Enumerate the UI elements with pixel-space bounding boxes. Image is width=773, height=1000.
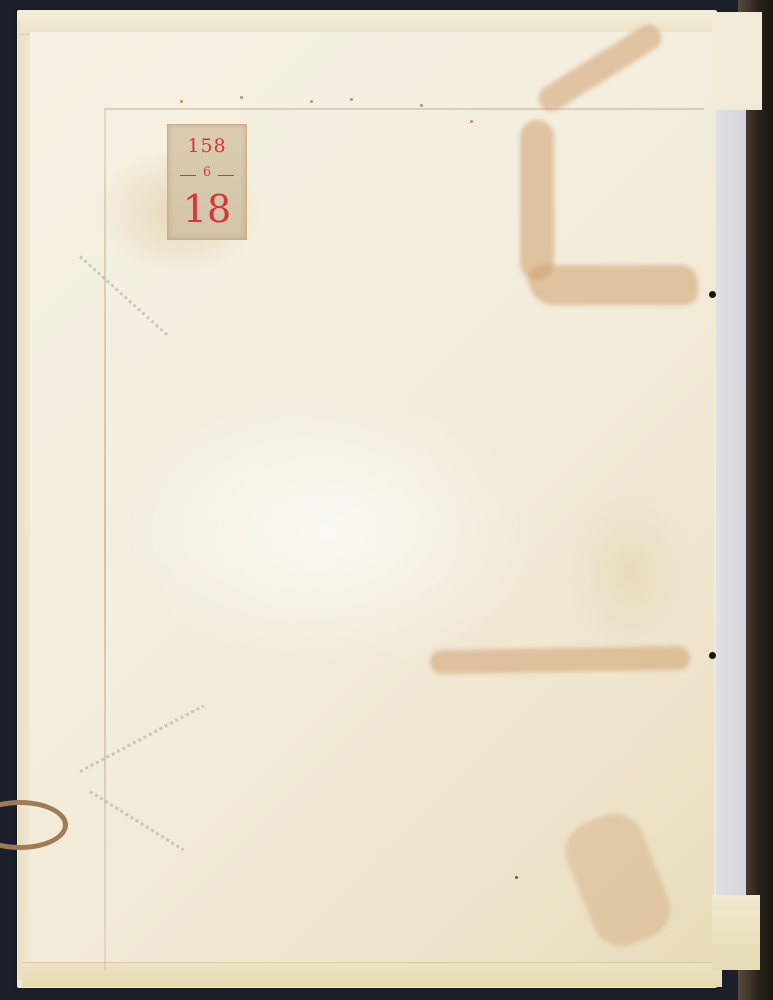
water-stain xyxy=(520,120,554,280)
inner-fold-line-vertical xyxy=(104,110,106,970)
ink-spot xyxy=(515,876,518,879)
top-right-corner-flap xyxy=(712,12,762,110)
spine-edge-strip xyxy=(716,110,746,940)
foxing-spot xyxy=(470,120,473,123)
shelfmark-label: 158 6 18 xyxy=(167,124,247,240)
shelfmark-line-1: 158 xyxy=(168,135,246,157)
inner-fold-line-horizontal xyxy=(104,108,704,110)
foxing-spot xyxy=(420,104,423,107)
shelfmark-line-2: 6 xyxy=(168,165,246,180)
foxing-spot xyxy=(240,96,243,99)
binding-hole xyxy=(709,291,716,298)
foxing-spot xyxy=(180,100,183,103)
water-stain xyxy=(430,646,690,675)
bottom-turn-in xyxy=(22,962,722,987)
foxing-spot xyxy=(310,100,313,103)
water-stain xyxy=(528,265,698,305)
foxing-spot xyxy=(350,98,353,101)
binding-hole xyxy=(709,652,716,659)
shelfmark-line-3: 18 xyxy=(168,189,246,229)
bottom-right-corner-flap xyxy=(712,895,760,970)
label-dash xyxy=(218,175,234,176)
